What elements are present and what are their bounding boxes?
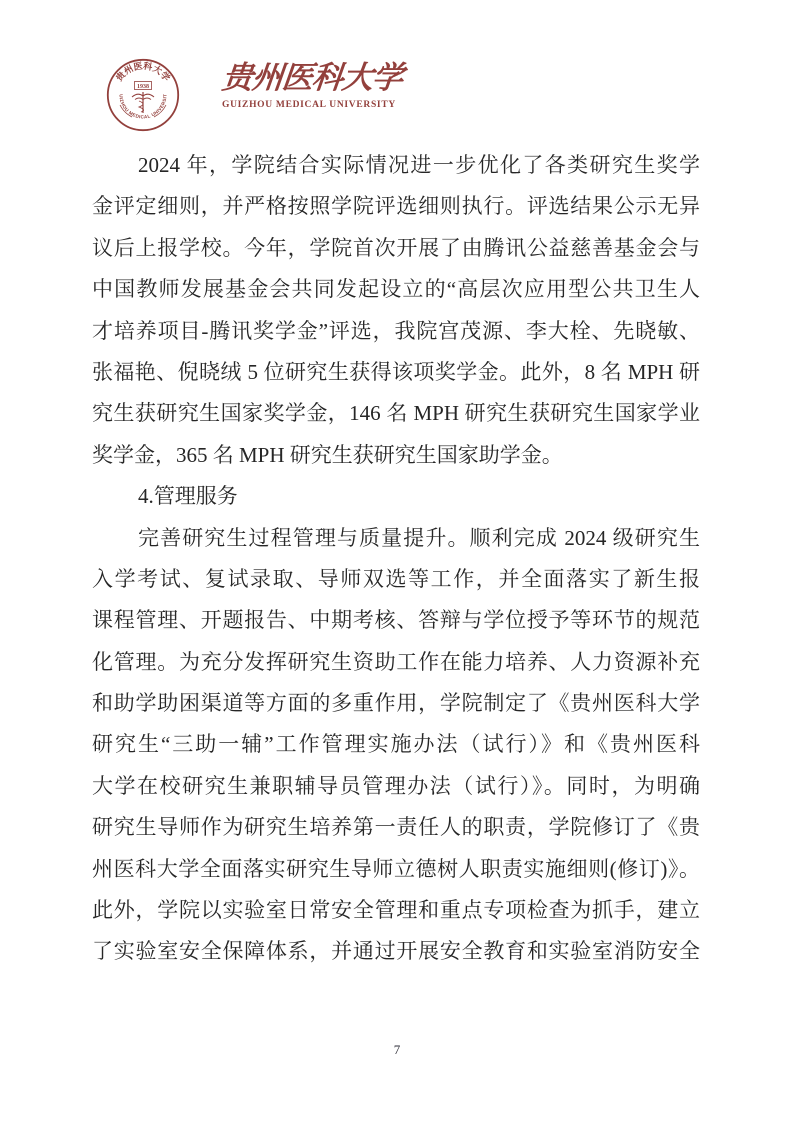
text-line: 2024 年，学院结合实际情况进一步优化了各类研究生奖学 <box>92 145 700 186</box>
seal-top-arc-text: 贵州医科大学 <box>113 60 172 83</box>
university-name-calligraphy: 贵州医科大学 <box>220 62 403 95</box>
text-line: 此外，学院以实验室日常安全管理和重点专项检查为抓手，建立 <box>92 890 700 931</box>
university-name-english: GUIZHOU MEDICAL UNIVERSITY <box>222 100 402 110</box>
page-number: 7 <box>394 1042 401 1057</box>
page-footer: 7 <box>0 1041 794 1059</box>
text-line: 大学在校研究生兼职辅导员管理办法（试行）》。同时，为明确 <box>92 766 700 807</box>
text-line: 入学考试、复试录取、导师双选等工作，并全面落实了新生报到、 <box>92 559 700 600</box>
text-line: 完善研究生过程管理与质量提升。顺利完成 2024 级研究生 <box>92 518 700 559</box>
document-body: 2024 年，学院结合实际情况进一步优化了各类研究生奖学金评定细则，并严格按照学… <box>92 145 700 973</box>
text-line: 和助学助困渠道等方面的多重作用，学院制定了《贵州医科大学 <box>92 683 700 724</box>
text-line: 课程管理、开题报告、中期考核、答辩与学位授予等环节的规范 <box>92 600 700 641</box>
text-line: 研究生导师作为研究生培养第一责任人的职责，学院修订了《贵 <box>92 807 700 848</box>
text-line: 议后上报学校。今年，学院首次开展了由腾讯公益慈善基金会与 <box>92 228 700 269</box>
university-logo: 贵州医科大学 1938 GUIZHOU MEDICAL UNIVERSITY 贵… <box>106 58 402 132</box>
text-line: 才培养项目-腾讯奖学金”评选，我院宫茂源、李大栓、先晓敏、 <box>92 311 700 352</box>
text-line: 4.管理服务 <box>92 476 700 517</box>
text-line: 州医科大学全面落实研究生导师立德树人职责实施细则(修订)》。 <box>92 849 700 890</box>
text-line: 了实验室安全保障体系，并通过开展安全教育和实验室消防安全 <box>92 931 700 972</box>
text-line: 研究生“三助一辅”工作管理实施办法（试行）》和《贵州医科 <box>92 724 700 765</box>
seal-year: 1938 <box>137 84 149 90</box>
caduceus-icon <box>132 92 154 113</box>
text-line: 张福艳、倪晓绒 5 位研究生获得该项奖学金。此外，8 名 MPH 研 <box>92 352 700 393</box>
text-line: 奖学金，365 名 MPH 研究生获研究生国家助学金。 <box>92 435 700 476</box>
text-line: 中国教师发展基金会共同发起设立的“高层次应用型公共卫生人 <box>92 269 700 310</box>
university-seal-icon: 贵州医科大学 1938 GUIZHOU MEDICAL UNIVERSITY <box>106 58 180 132</box>
text-line: 究生获研究生国家奖学金，146 名 MPH 研究生获研究生国家学业 <box>92 393 700 434</box>
university-logotype: 贵州医科大学 GUIZHOU MEDICAL UNIVERSITY <box>222 62 402 110</box>
text-line: 化管理。为充分发挥研究生资助工作在能力培养、人力资源补充 <box>92 642 700 683</box>
text-line: 金评定细则，并严格按照学院评选细则执行。评选结果公示无异 <box>92 186 700 227</box>
document-page: 贵州医科大学 1938 GUIZHOU MEDICAL UNIVERSITY 贵… <box>0 0 794 1123</box>
svg-text:贵州医科大学: 贵州医科大学 <box>113 60 172 83</box>
